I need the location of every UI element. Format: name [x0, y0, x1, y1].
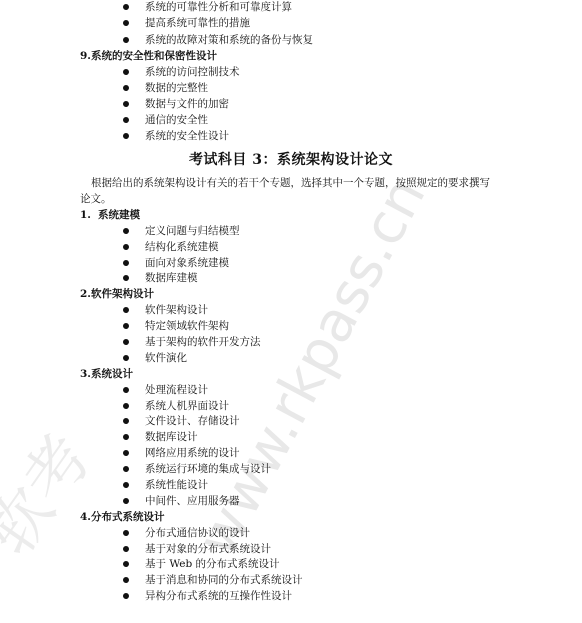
- bullet-icon: [123, 275, 129, 281]
- bullet-icon: [123, 339, 129, 345]
- page-title: 考试科目 3：系统架构设计论文: [0, 151, 582, 169]
- bullet-icon: [123, 117, 129, 123]
- section-heading: 4.分布式系统设计: [80, 510, 164, 524]
- bullet-icon: [123, 37, 129, 43]
- bullet-icon: [123, 482, 129, 488]
- bullet-icon: [123, 418, 129, 424]
- bullet-icon: [123, 228, 129, 234]
- bullet-icon: [123, 577, 129, 583]
- section-heading: 9.系统的安全性和保密性设计: [80, 49, 217, 63]
- section-heading: 1.系统建模: [80, 208, 140, 222]
- watermark-cn: 软考: [0, 422, 107, 569]
- intro-paragraph-line2: 论文。: [80, 192, 112, 206]
- bullet-icon: [123, 307, 129, 313]
- document-page: www.rkpass.cn 软考 系统的可靠性分析和可靠度计算 提高系统可靠性的…: [0, 0, 582, 623]
- bullet-icon: [123, 20, 129, 26]
- bullet-icon: [123, 133, 129, 139]
- bullet-icon: [123, 498, 129, 504]
- bullet-icon: [123, 85, 129, 91]
- bullet-icon: [123, 323, 129, 329]
- bullet-icon: [123, 4, 129, 10]
- bullet-icon: [123, 466, 129, 472]
- bullet-icon: [123, 244, 129, 250]
- bullet-icon: [123, 450, 129, 456]
- bullet-icon: [123, 434, 129, 440]
- bullet-icon: [123, 260, 129, 266]
- bullet-icon: [123, 355, 129, 361]
- bullet-icon: [123, 546, 129, 552]
- intro-paragraph-line1: 根据给出的系统架构设计有关的若干个专题，选择其中一个专题，按照规定的要求撰写: [91, 176, 490, 190]
- bullet-icon: [123, 530, 129, 536]
- bullet-icon: [123, 561, 129, 567]
- watermark: www.rkpass.cn 软考: [0, 0, 582, 623]
- bullet-icon: [123, 593, 129, 599]
- bullet-icon: [123, 101, 129, 107]
- bullet-icon: [123, 69, 129, 75]
- section-heading: 3.系统设计: [80, 367, 133, 381]
- bullet-icon: [123, 387, 129, 393]
- section-heading: 2.软件架构设计: [80, 287, 154, 301]
- bullet-icon: [123, 403, 129, 409]
